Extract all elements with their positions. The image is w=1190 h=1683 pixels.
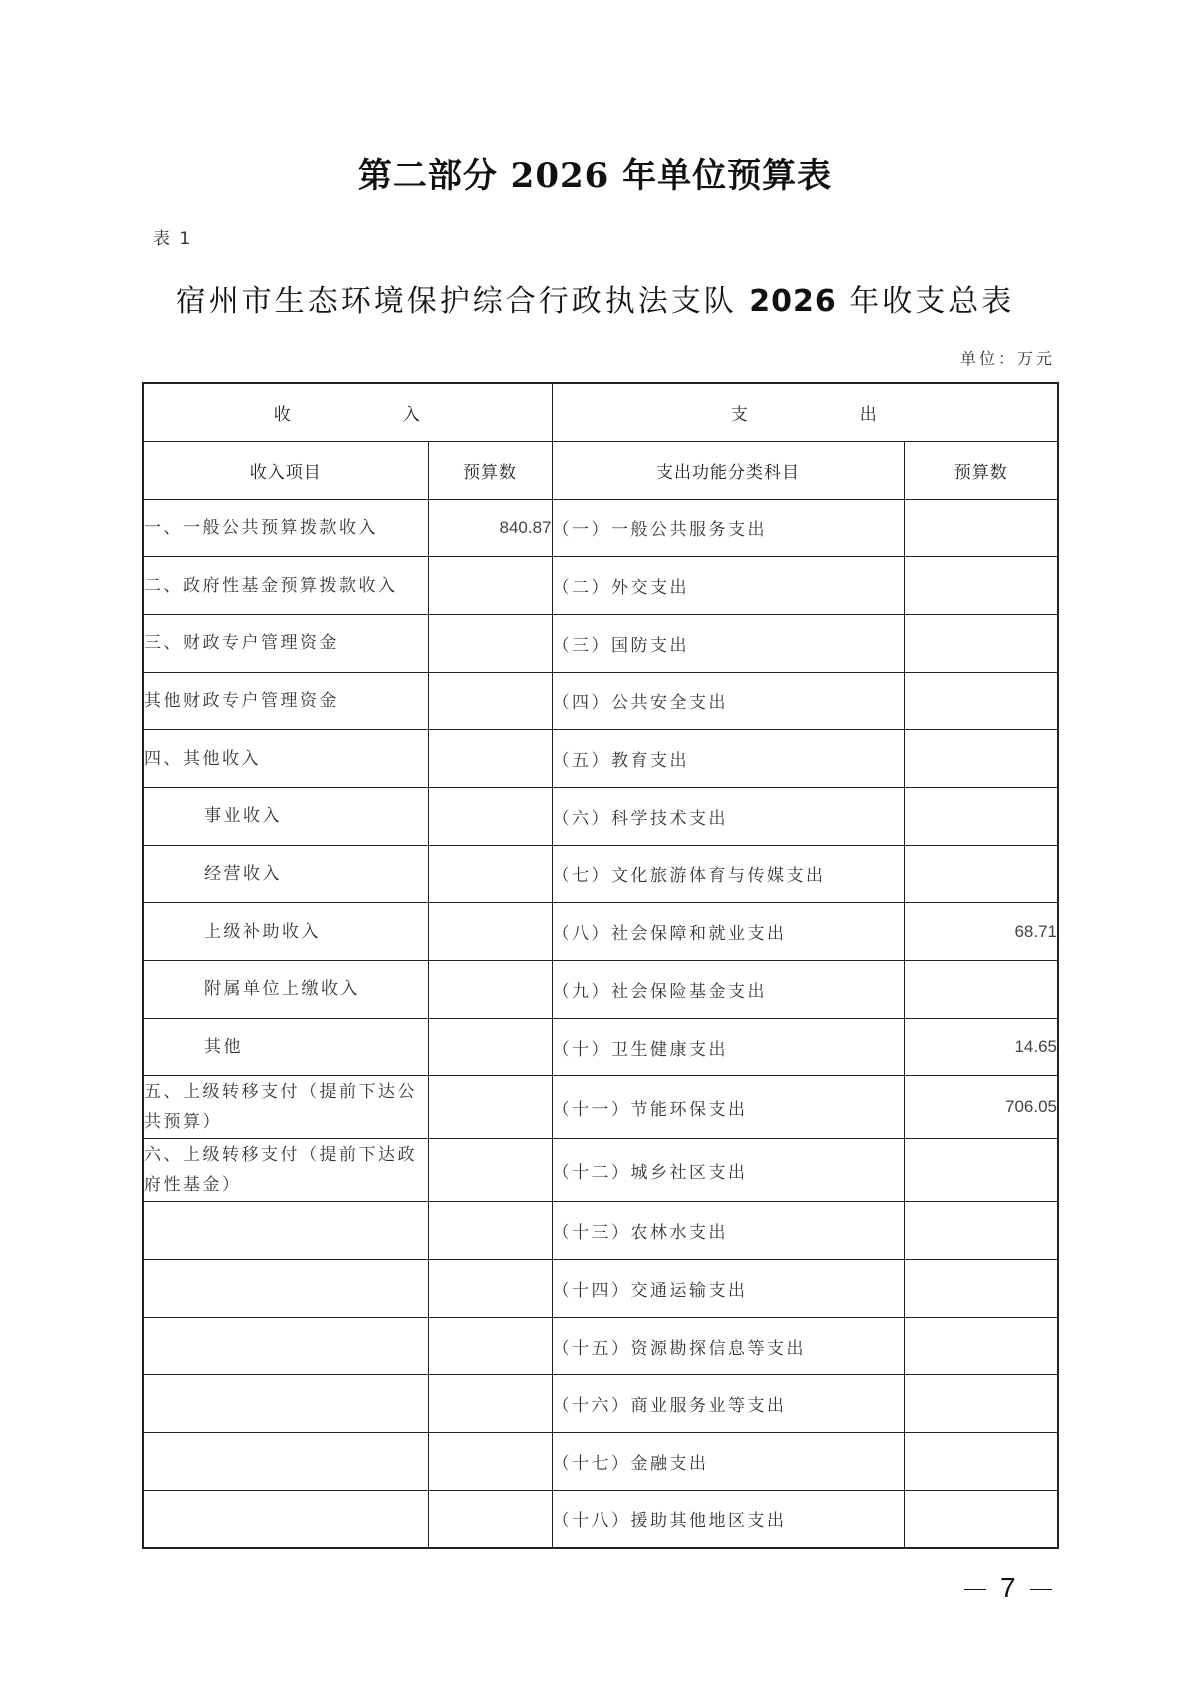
table-row: 事业收入（六）科学技术支出: [143, 787, 1058, 845]
col-header-expense-item: 支出功能分类科目: [552, 441, 904, 499]
income-amount-cell: [428, 1433, 552, 1491]
table-title-suffix: 年收支总表: [849, 284, 1014, 319]
income-item-cell: [143, 1317, 428, 1375]
income-amount-cell: [428, 1375, 552, 1433]
expense-item-cell: （三）国防支出: [552, 614, 904, 672]
table-row: 五、上级转移支付（提前下达公共预算）（十一）节能环保支出706.05: [143, 1076, 1058, 1139]
table-row: 三、财政专户管理资金（三）国防支出: [143, 614, 1058, 672]
income-item-cell: 三、财政专户管理资金: [143, 614, 428, 672]
income-amount-cell: [428, 1260, 552, 1318]
column-header-row: 收入项目 预算数 支出功能分类科目 预算数: [143, 441, 1058, 499]
expense-item-cell: （十八）援助其他地区支出: [552, 1490, 904, 1548]
table-row: 六、上级转移支付（提前下达政府性基金）（十二）城乡社区支出: [143, 1139, 1058, 1202]
income-amount-cell: [428, 1490, 552, 1548]
income-amount-cell: [428, 1139, 552, 1202]
table-row: （十六）商业服务业等支出: [143, 1375, 1058, 1433]
income-item-cell: 一、一般公共预算拨款收入: [143, 499, 428, 557]
income-amount-cell: [428, 614, 552, 672]
table-row: （十七）金融支出: [143, 1433, 1058, 1491]
income-expense-table: 收入 支出 收入项目 预算数 支出功能分类科目 预算数 一、一般公共预算拨款收入…: [142, 382, 1059, 1549]
income-item-cell: 五、上级转移支付（提前下达公共预算）: [143, 1076, 428, 1139]
expense-amount-cell: [904, 614, 1058, 672]
expense-amount-cell: [904, 1433, 1058, 1491]
table-title-prefix: 宿州市生态环境保护综合行政执法支队: [176, 284, 737, 319]
expense-item-cell: （二）外交支出: [552, 557, 904, 615]
expense-item-cell: （十六）商业服务业等支出: [552, 1375, 904, 1433]
table-row: 上级补助收入（八）社会保障和就业支出68.71: [143, 903, 1058, 961]
income-item-cell: 经营收入: [143, 845, 428, 903]
income-item-cell: 事业收入: [143, 787, 428, 845]
expense-item-cell: （六）科学技术支出: [552, 787, 904, 845]
income-group-header: 收入: [143, 383, 552, 441]
expense-item-cell: （十五）资源勘探信息等支出: [552, 1317, 904, 1375]
dash-right: [1030, 1589, 1052, 1590]
expense-item-cell: （四）公共安全支出: [552, 672, 904, 730]
expense-amount-cell: 14.65: [904, 1018, 1058, 1076]
income-amount-cell: [428, 961, 552, 1019]
expense-amount-cell: [904, 1260, 1058, 1318]
expense-item-cell: （十七）金融支出: [552, 1433, 904, 1491]
expense-item-cell: （十一）节能环保支出: [552, 1076, 904, 1139]
table-row: 四、其他收入（五）教育支出: [143, 730, 1058, 788]
table-row: 一、一般公共预算拨款收入840.87（一）一般公共服务支出: [143, 499, 1058, 557]
income-amount-cell: [428, 1018, 552, 1076]
part-title: 第二部分 2026 年单位预算表: [0, 148, 1190, 197]
expense-amount-cell: [904, 961, 1058, 1019]
expense-item-cell: （五）教育支出: [552, 730, 904, 788]
income-item-cell: [143, 1490, 428, 1548]
table-number: 表 1: [153, 224, 192, 249]
expense-amount-cell: [904, 499, 1058, 557]
expense-item-cell: （十）卫生健康支出: [552, 1018, 904, 1076]
table-row: （十五）资源勘探信息等支出: [143, 1317, 1058, 1375]
income-item-cell: [143, 1433, 428, 1491]
income-amount-cell: [428, 672, 552, 730]
income-item-cell: 附属单位上缴收入: [143, 961, 428, 1019]
income-amount-cell: 840.87: [428, 499, 552, 557]
expense-amount-cell: [904, 1490, 1058, 1548]
expense-amount-cell: [904, 1202, 1058, 1260]
expense-amount-cell: 706.05: [904, 1076, 1058, 1139]
income-item-cell: 上级补助收入: [143, 903, 428, 961]
expense-amount-cell: [904, 1375, 1058, 1433]
income-amount-cell: [428, 1317, 552, 1375]
page-number: 7: [950, 1572, 1066, 1604]
income-item-cell: 六、上级转移支付（提前下达政府性基金）: [143, 1139, 428, 1202]
expense-amount-cell: [904, 787, 1058, 845]
income-amount-cell: [428, 1076, 552, 1139]
expense-amount-cell: 68.71: [904, 903, 1058, 961]
income-item-cell: 四、其他收入: [143, 730, 428, 788]
expense-item-cell: （十二）城乡社区支出: [552, 1139, 904, 1202]
table-row: 其他（十）卫生健康支出14.65: [143, 1018, 1058, 1076]
income-amount-cell: [428, 845, 552, 903]
table-row: 二、政府性基金预算拨款收入（二）外交支出: [143, 557, 1058, 615]
col-header-income-item: 收入项目: [143, 441, 428, 499]
table-row: 其他财政专户管理资金（四）公共安全支出: [143, 672, 1058, 730]
expense-group-header: 支出: [552, 383, 1058, 441]
table-row: （十三）农林水支出: [143, 1202, 1058, 1260]
expense-amount-cell: [904, 557, 1058, 615]
dash-left: [964, 1589, 986, 1590]
income-amount-cell: [428, 557, 552, 615]
expense-amount-cell: [904, 845, 1058, 903]
income-item-cell: 二、政府性基金预算拨款收入: [143, 557, 428, 615]
income-amount-cell: [428, 787, 552, 845]
income-item-cell: [143, 1375, 428, 1433]
expense-amount-cell: [904, 1317, 1058, 1375]
expense-item-cell: （十四）交通运输支出: [552, 1260, 904, 1318]
income-item-cell: 其他财政专户管理资金: [143, 672, 428, 730]
col-header-income-amount: 预算数: [428, 441, 552, 499]
expense-item-cell: （九）社会保险基金支出: [552, 961, 904, 1019]
table-title-year: 2026: [749, 284, 837, 319]
unit-label: 单位：万元: [960, 346, 1055, 369]
expense-item-cell: （八）社会保障和就业支出: [552, 903, 904, 961]
table-row: （十四）交通运输支出: [143, 1260, 1058, 1318]
expense-amount-cell: [904, 730, 1058, 788]
col-header-expense-amount: 预算数: [904, 441, 1058, 499]
table-row: （十八）援助其他地区支出: [143, 1490, 1058, 1548]
income-amount-cell: [428, 1202, 552, 1260]
income-item-cell: [143, 1260, 428, 1318]
income-item-cell: [143, 1202, 428, 1260]
expense-amount-cell: [904, 1139, 1058, 1202]
table-row: 经营收入（七）文化旅游体育与传媒支出: [143, 845, 1058, 903]
table-row: 附属单位上缴收入（九）社会保险基金支出: [143, 961, 1058, 1019]
expense-item-cell: （一）一般公共服务支出: [552, 499, 904, 557]
income-item-cell: 其他: [143, 1018, 428, 1076]
income-amount-cell: [428, 730, 552, 788]
table-title: 宿州市生态环境保护综合行政执法支队 2026 年收支总表: [0, 276, 1190, 320]
expense-item-cell: （七）文化旅游体育与传媒支出: [552, 845, 904, 903]
group-header-row: 收入 支出: [143, 383, 1058, 441]
expense-amount-cell: [904, 672, 1058, 730]
expense-item-cell: （十三）农林水支出: [552, 1202, 904, 1260]
income-amount-cell: [428, 903, 552, 961]
